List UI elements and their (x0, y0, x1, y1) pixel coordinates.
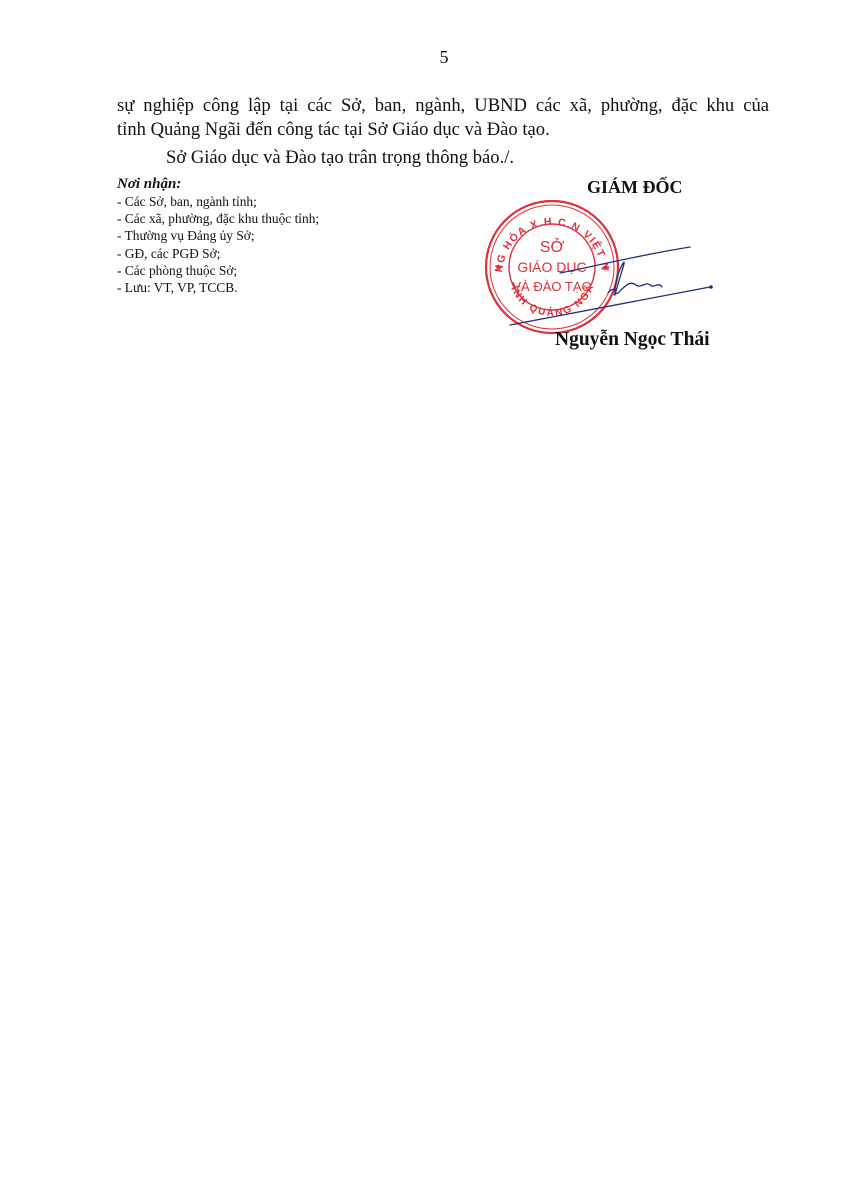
recipients-title: Nơi nhận: (117, 176, 319, 193)
recipient-item: - Thường vụ Đảng ủy Sở; (117, 227, 319, 244)
recipient-item: - Các phòng thuộc Sở; (117, 262, 319, 279)
recipient-item: - Các Sở, ban, ngành tỉnh; (117, 193, 319, 210)
page-number: 5 (0, 47, 848, 68)
handwritten-signature (500, 235, 720, 335)
recipient-item: - Lưu: VT, VP, TCCB. (117, 279, 319, 296)
body-line-2: tỉnh Quảng Ngãi đến công tác tại Sở Giáo… (117, 118, 769, 142)
signer-name: Nguyễn Ngọc Thái (555, 329, 710, 351)
signer-position: GIÁM ĐỐC (587, 177, 683, 198)
recipient-item: - Các xã, phường, đặc khu thuộc tỉnh; (117, 210, 319, 227)
recipient-item: - GĐ, các PGĐ Sở; (117, 245, 319, 262)
closing-line: Sở Giáo dục và Đào tạo trân trọng thông … (166, 146, 818, 170)
recipients-block: Nơi nhận: - Các Sở, ban, ngành tỉnh; - C… (117, 176, 319, 296)
body-line-1: sự nghiệp công lập tại các Sở, ban, ngàn… (117, 94, 769, 118)
